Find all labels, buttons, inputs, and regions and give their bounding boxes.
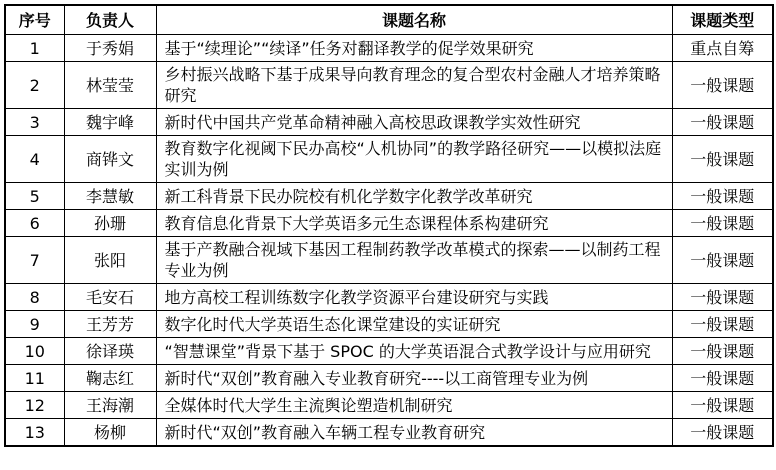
cell-type: 一般课题 [672,136,773,183]
cell-index: 6 [5,210,64,237]
cell-leader: 商铧文 [64,136,156,183]
table-row: 11鞠志红新时代“双创”教育融入专业教育研究----以工商管理专业为例一般课题 [5,365,773,392]
cell-leader: 王海潮 [64,392,156,419]
cell-title: 乡村振兴战略下基于成果导向教育理念的复合型农村金融人才培养策略研究 [156,62,672,109]
cell-title: 全媒体时代大学生主流舆论塑造机制研究 [156,392,672,419]
cell-title: 新时代中国共产党革命精神融入高校思政课教学实效性研究 [156,109,672,136]
cell-title: 数字化时代大学英语生态化课堂建设的实证研究 [156,311,672,338]
cell-type: 一般课题 [672,338,773,365]
cell-type: 一般课题 [672,62,773,109]
cell-index: 8 [5,284,64,311]
table-row: 13杨柳新时代“双创”教育融入车辆工程专业教育研究一般课题 [5,419,773,447]
cell-index: 9 [5,311,64,338]
cell-title: 新工科背景下民办院校有机化学数字化教学改革研究 [156,183,672,210]
cell-type: 重点自筹 [672,35,773,62]
cell-type: 一般课题 [672,183,773,210]
cell-type: 一般课题 [672,109,773,136]
table-row: 1于秀娟基于“续理论”“续译”任务对翻译教学的促学效果研究重点自筹 [5,35,773,62]
cell-type: 一般课题 [672,419,773,447]
table-row: 7张阳基于产教融合视域下基因工程制药教学改革模式的探索——以制药工程专业为例一般… [5,237,773,284]
cell-type: 一般课题 [672,284,773,311]
cell-index: 3 [5,109,64,136]
table-row: 8毛安石地方高校工程训练数字化教学资源平台建设研究与实践一般课题 [5,284,773,311]
table-row: 3魏宇峰新时代中国共产党革命精神融入高校思政课教学实效性研究一般课题 [5,109,773,136]
cell-leader: 杨柳 [64,419,156,447]
topics-table: 序号 负责人 课题名称 课题类型 1于秀娟基于“续理论”“续译”任务对翻译教学的… [4,4,774,447]
cell-title: 教育信息化背景下大学英语多元生态课程体系构建研究 [156,210,672,237]
cell-type: 一般课题 [672,210,773,237]
column-header-type: 课题类型 [672,5,773,35]
cell-type: 一般课题 [672,392,773,419]
cell-index: 12 [5,392,64,419]
document-page: 序号 负责人 课题名称 课题类型 1于秀娟基于“续理论”“续译”任务对翻译教学的… [0,0,776,470]
cell-title: “智慧课堂”背景下基于 SPOC 的大学英语混合式教学设计与应用研究 [156,338,672,365]
table-row: 6孙珊教育信息化背景下大学英语多元生态课程体系构建研究一般课题 [5,210,773,237]
cell-index: 11 [5,365,64,392]
cell-title: 教育数字化视阈下民办高校“人机协同”的教学路径研究——以模拟法庭实训为例 [156,136,672,183]
cell-index: 7 [5,237,64,284]
cell-leader: 李慧敏 [64,183,156,210]
cell-title: 新时代“双创”教育融入专业教育研究----以工商管理专业为例 [156,365,672,392]
table-row: 4商铧文教育数字化视阈下民办高校“人机协同”的教学路径研究——以模拟法庭实训为例… [5,136,773,183]
cell-leader: 魏宇峰 [64,109,156,136]
cell-leader: 徐译瑛 [64,338,156,365]
cell-title: 基于产教融合视域下基因工程制药教学改革模式的探索——以制药工程专业为例 [156,237,672,284]
cell-leader: 鞠志红 [64,365,156,392]
cell-type: 一般课题 [672,237,773,284]
table-row: 9王芳芳数字化时代大学英语生态化课堂建设的实证研究一般课题 [5,311,773,338]
cell-index: 4 [5,136,64,183]
cell-leader: 张阳 [64,237,156,284]
cell-index: 10 [5,338,64,365]
cell-leader: 于秀娟 [64,35,156,62]
table-row: 2林莹莹乡村振兴战略下基于成果导向教育理念的复合型农村金融人才培养策略研究一般课… [5,62,773,109]
table-body: 1于秀娟基于“续理论”“续译”任务对翻译教学的促学效果研究重点自筹2林莹莹乡村振… [5,35,773,447]
cell-type: 一般课题 [672,311,773,338]
cell-index: 5 [5,183,64,210]
cell-leader: 王芳芳 [64,311,156,338]
table-row: 5李慧敏新工科背景下民办院校有机化学数字化教学改革研究一般课题 [5,183,773,210]
column-header-title: 课题名称 [156,5,672,35]
column-header-index: 序号 [5,5,64,35]
cell-leader: 毛安石 [64,284,156,311]
cell-leader: 林莹莹 [64,62,156,109]
cell-type: 一般课题 [672,365,773,392]
table-row: 12王海潮全媒体时代大学生主流舆论塑造机制研究一般课题 [5,392,773,419]
cell-index: 2 [5,62,64,109]
table-header-row: 序号 负责人 课题名称 课题类型 [5,5,773,35]
table-row: 10徐译瑛“智慧课堂”背景下基于 SPOC 的大学英语混合式教学设计与应用研究一… [5,338,773,365]
cell-leader: 孙珊 [64,210,156,237]
cell-index: 1 [5,35,64,62]
cell-title: 新时代“双创”教育融入车辆工程专业教育研究 [156,419,672,447]
cell-title: 地方高校工程训练数字化教学资源平台建设研究与实践 [156,284,672,311]
column-header-leader: 负责人 [64,5,156,35]
cell-index: 13 [5,419,64,447]
cell-title: 基于“续理论”“续译”任务对翻译教学的促学效果研究 [156,35,672,62]
